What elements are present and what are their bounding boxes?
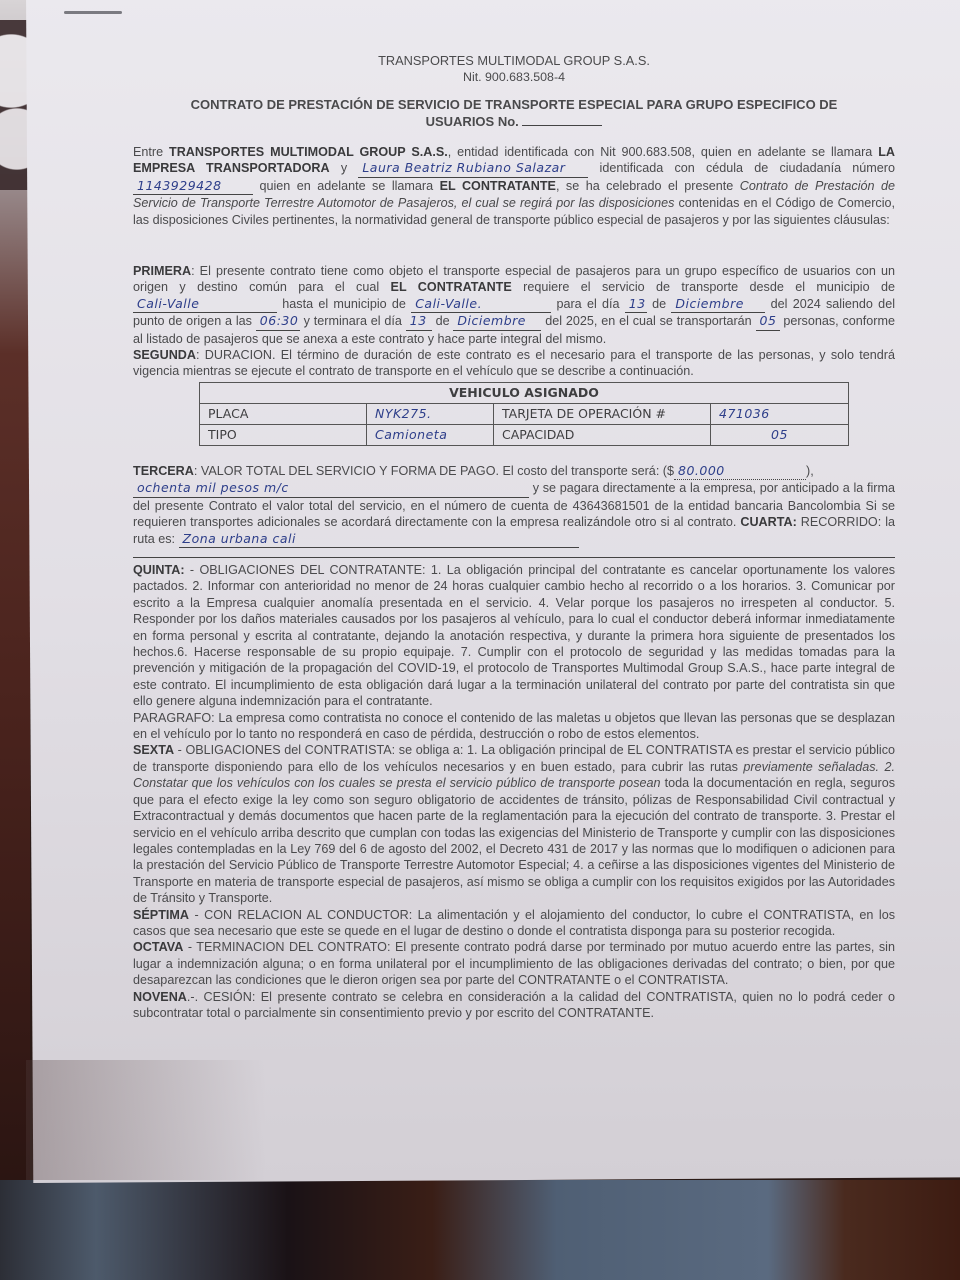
title-line-2: USUARIOS No.: [133, 113, 895, 130]
intro-text: quien en adelante se llamara: [253, 179, 440, 193]
clause-septima-text: - CON RELACION AL CONDUCTOR: La alimenta…: [133, 908, 895, 938]
clause-octava-text: - TERMINACION DEL CONTRATO: El presente …: [133, 940, 895, 987]
table-row: PLACA NYK275. TARJETA DE OPERACIÓN # 471…: [200, 404, 849, 425]
clause-text: del 2025, en el cual se transportarán: [541, 314, 755, 328]
destination-field[interactable]: Cali-Valle.: [411, 296, 551, 313]
clause-text: para el día: [551, 297, 625, 311]
paper-shadow: [26, 1060, 266, 1180]
vehicle-table: VEHICULO ASIGNADO PLACA NYK275. TARJETA …: [199, 382, 849, 446]
clause-tercera: TERCERA: VALOR TOTAL DEL SERVICIO Y FORM…: [133, 463, 895, 561]
intro-text: , entidad identificada con Nit 900.683.5…: [448, 145, 878, 159]
capacidad-label: CAPACIDAD: [494, 425, 711, 446]
clause-text: y terminara el día: [300, 314, 406, 328]
tarjeta-value[interactable]: 471036: [711, 404, 849, 425]
company-nit: Nit. 900.683.508-4: [133, 69, 895, 85]
route-field[interactable]: Zona urbana cali: [179, 531, 579, 548]
passengers-field[interactable]: 05: [756, 313, 780, 330]
background-lap: [0, 1180, 960, 1280]
intro-company: TRANSPORTES MULTIMODAL GROUP S.A.S.: [169, 145, 448, 159]
cost-field[interactable]: 80.000: [674, 463, 806, 480]
intro-contratante: EL CONTRATANTE: [440, 179, 556, 193]
intro-text: identificada con cédula de ciudadanía nú…: [588, 161, 895, 175]
company-name: TRANSPORTES MULTIMODAL GROUP S.A.S.: [133, 53, 895, 69]
clause-paragrafo-text: PARAGRAFO: La empresa como contratista n…: [133, 711, 895, 741]
title-usuarios: USUARIOS No.: [426, 114, 519, 129]
clause-label-sexta: SEXTA: [133, 743, 174, 757]
clause-text: hasta el municipio de: [277, 297, 411, 311]
clause-text: de: [647, 297, 672, 311]
origin-field[interactable]: Cali-Valle: [133, 296, 277, 313]
clause-novena-text: .-. CESIÓN: El presente contrato se cele…: [133, 990, 895, 1020]
capacidad-value[interactable]: 05: [711, 425, 849, 446]
title-line-1: CONTRATO DE PRESTACIÓN DE SERVICIO DE TR…: [133, 96, 895, 113]
staple-icon: [64, 11, 122, 14]
clause-label-segunda: SEGUNDA: [133, 348, 196, 362]
background-lace: [0, 20, 28, 190]
clause-label-septima: SÉPTIMA: [133, 908, 189, 922]
clause-label: PRIMERA: [133, 264, 191, 278]
clause-label-octava: OCTAVA: [133, 940, 183, 954]
clause-primera: PRIMERA: El presente contrato tiene como…: [133, 263, 895, 380]
clause-segunda-text: : DURACION. El término de duración de es…: [133, 348, 895, 378]
clause-text: ),: [806, 464, 814, 478]
placa-label: PLACA: [200, 404, 367, 425]
clause-text: requiere el servicio de transporte desde…: [512, 280, 895, 294]
clause-sexta-text: toda la documentación en regla, seguros …: [133, 776, 895, 905]
clause-text: : VALOR TOTAL DEL SERVICIO Y FORMA DE PA…: [194, 464, 674, 478]
placa-value[interactable]: NYK275.: [367, 404, 494, 425]
contratante-name-field[interactable]: Laura Beatriz Rubiano Salazar: [358, 160, 588, 177]
clause-quinta-text: - OBLIGACIONES DEL CONTRATANTE: 1. La ob…: [133, 563, 895, 708]
intro-paragraph: Entre TRANSPORTES MULTIMODAL GROUP S.A.S…: [133, 144, 895, 228]
clause-text: de: [432, 314, 454, 328]
vehicle-table-header: VEHICULO ASIGNADO: [200, 383, 849, 404]
table-row: TIPO Camioneta CAPACIDAD 05: [200, 425, 849, 446]
tarjeta-label: TARJETA DE OPERACIÓN #: [494, 404, 711, 425]
clauses-quinta-novena: QUINTA: - OBLIGACIONES DEL CONTRATANTE: …: [133, 562, 895, 1021]
end-month-field[interactable]: Diciembre: [453, 313, 541, 330]
contract-number-field[interactable]: [522, 125, 602, 126]
clause-label-cuarta: CUARTA:: [740, 515, 796, 529]
clause-bold: EL CONTRATANTE: [391, 280, 512, 294]
end-day-field[interactable]: 13: [406, 313, 432, 330]
clause-label-quinta: QUINTA:: [133, 563, 185, 577]
intro-text: , se ha celebrado el presente: [556, 179, 740, 193]
cedula-field[interactable]: 1143929428: [133, 178, 253, 195]
contract-title: CONTRATO DE PRESTACIÓN DE SERVICIO DE TR…: [133, 96, 895, 130]
tipo-value[interactable]: Camioneta: [367, 425, 494, 446]
tipo-label: TIPO: [200, 425, 367, 446]
intro-text: Entre: [133, 145, 169, 159]
start-month-field[interactable]: Diciembre: [671, 296, 765, 313]
clause-label-novena: NOVENA: [133, 990, 187, 1004]
intro-text: y: [330, 161, 359, 175]
route-continuation-line: [133, 556, 895, 558]
start-day-field[interactable]: 13: [625, 296, 647, 313]
clause-label: TERCERA: [133, 464, 194, 478]
cost-words-field[interactable]: ochenta mil pesos m/c: [133, 480, 529, 497]
departure-time-field[interactable]: 06:30: [256, 313, 300, 330]
